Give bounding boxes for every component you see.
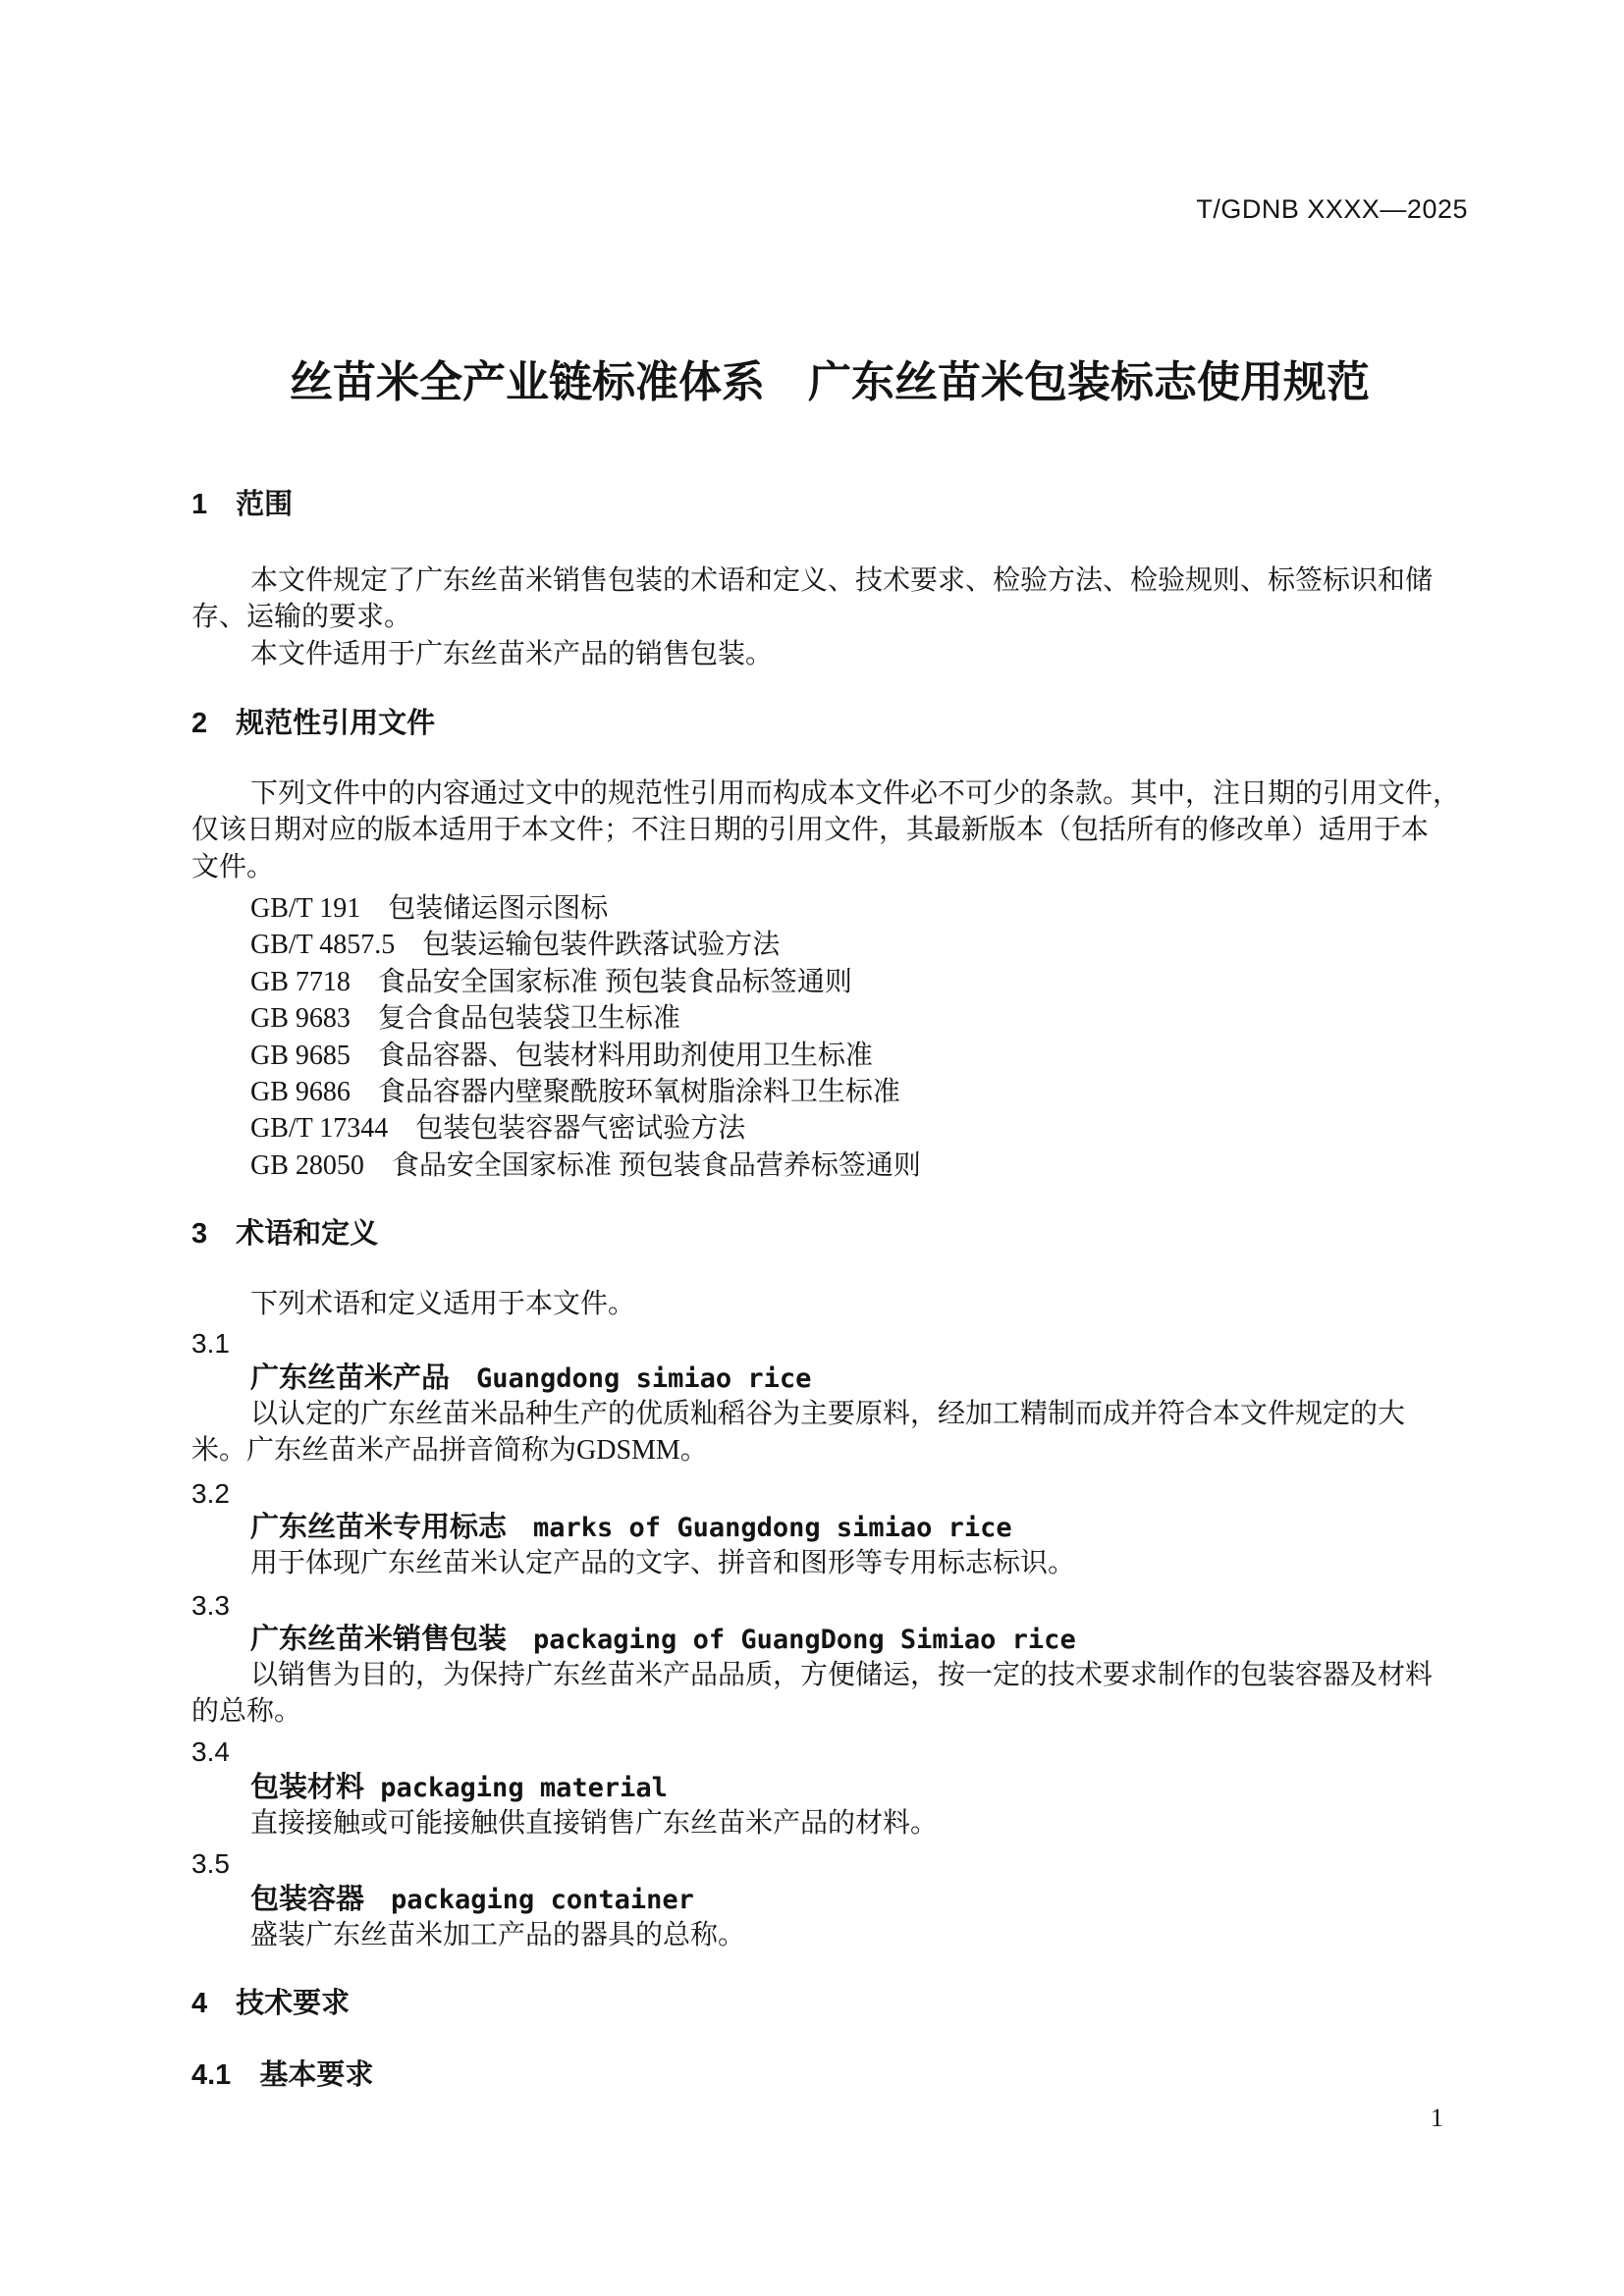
document-page: T/GDNB XXXX—2025 丝苗米全产业链标准体系 广东丝苗米包装标志使用… <box>0 0 1624 2296</box>
section-4-heading: 4 技术要求 <box>191 1984 350 2023</box>
page-content: T/GDNB XXXX—2025 丝苗米全产业链标准体系 广东丝苗米包装标志使用… <box>191 0 1468 2296</box>
definition-3-5: 盛装广东丝苗米加工产品的器具的总称。 <box>191 1917 1468 1953</box>
body-line: 本文件适用于广东丝苗米产品的销售包装。 <box>191 636 1468 672</box>
body-line: 下列术语和定义适用于本文件。 <box>191 1286 1468 1322</box>
section-2-paragraph: 下列文件中的内容通过文中的规范性引用而构成本文件必不可少的条款。其中，注日期的引… <box>191 775 1468 885</box>
term-3-4: 包装材料 packaging material <box>191 1769 668 1807</box>
term-3-3: 广东丝苗米销售包装 packaging of GuangDong Simiao … <box>191 1621 1076 1659</box>
term-3-2: 广东丝苗米专用标志 marks of Guangdong simiao rice <box>191 1509 1012 1547</box>
term-zh: 包装材料 <box>250 1772 364 1803</box>
reference-line: GB 28050 食品安全国家标准 预包装食品营养标签通则 <box>191 1148 1468 1184</box>
terms-intro: 下列术语和定义适用于本文件。 <box>191 1286 1468 1322</box>
term-en: packaging container <box>364 1885 694 1915</box>
body-line: 本文件规定了广东丝苗米销售包装的术语和定义、技术要求、检验方法、检验规则、标签标… <box>191 562 1468 599</box>
term-3-5: 包装容器 packaging container <box>191 1881 694 1919</box>
definition-3-3: 以销售为目的，为保持广东丝苗米产品品质，方便储运，按一定的技术要求制作的包装容器… <box>191 1657 1468 1731</box>
term-en: packaging material <box>364 1773 668 1803</box>
reference-line: GB/T 4857.5 包装运输包装件跌落试验方法 <box>191 927 1468 963</box>
body-line: 米。广东丝苗米产品拼音简称为GDSMM。 <box>191 1432 1468 1468</box>
reference-line: GB 9686 食品容器内壁聚酰胺环氧树脂涂料卫生标准 <box>191 1074 1468 1110</box>
body-line: 以销售为目的，为保持广东丝苗米产品品质，方便储运，按一定的技术要求制作的包装容器… <box>191 1657 1468 1693</box>
term-en: marks of Guangdong simiao rice <box>507 1513 1012 1543</box>
term-zh: 包装容器 <box>250 1884 364 1915</box>
body-line: 仅该日期对应的版本适用于本文件；不注日期的引用文件，其最新版本（包括所有的修改单… <box>191 812 1468 848</box>
section-2-heading: 2 规范性引用文件 <box>191 704 435 743</box>
body-line: 直接接触或可能接触供直接销售广东丝苗米产品的材料。 <box>191 1805 1468 1842</box>
body-line: 盛装广东丝苗米加工产品的器具的总称。 <box>191 1917 1468 1953</box>
clause-3-4-number: 3.4 <box>191 1735 230 1770</box>
reference-line: GB 7718 食品安全国家标准 预包装食品标签通则 <box>191 964 1468 1000</box>
term-en: Guangdong simiao rice <box>450 1363 811 1394</box>
body-line: 以认定的广东丝苗米品种生产的优质籼稻谷为主要原料，经加工精制而成并符合本文件规定… <box>191 1396 1468 1432</box>
body-line: 用于体现广东丝苗米认定产品的文字、拼音和图形等专用标志标识。 <box>191 1545 1468 1581</box>
section-1-paragraph: 本文件规定了广东丝苗米销售包装的术语和定义、技术要求、检验方法、检验规则、标签标… <box>191 562 1468 672</box>
body-line: 文件。 <box>191 849 1468 885</box>
page-number: 1 <box>1431 2103 1443 2134</box>
definition-3-2: 用于体现广东丝苗米认定产品的文字、拼音和图形等专用标志标识。 <box>191 1545 1468 1581</box>
reference-line: GB/T 17344 包装包装容器气密试验方法 <box>191 1110 1468 1147</box>
term-zh: 广东丝苗米专用标志 <box>250 1512 507 1543</box>
reference-line: GB 9683 复合食品包装袋卫生标准 <box>191 1000 1468 1037</box>
definition-3-1: 以认定的广东丝苗米品种生产的优质籼稻谷为主要原料，经加工精制而成并符合本文件规定… <box>191 1396 1468 1469</box>
body-line: 下列文件中的内容通过文中的规范性引用而构成本文件必不可少的条款。其中，注日期的引… <box>191 775 1468 812</box>
section-4-1-heading: 4.1 基本要求 <box>191 2056 373 2095</box>
term-3-1: 广东丝苗米产品 Guangdong simiao rice <box>191 1360 811 1398</box>
term-zh: 广东丝苗米销售包装 <box>250 1624 507 1655</box>
clause-3-5-number: 3.5 <box>191 1846 230 1882</box>
clause-3-2-number: 3.2 <box>191 1476 230 1512</box>
document-title: 丝苗米全产业链标准体系 广东丝苗米包装标志使用规范 <box>191 355 1468 410</box>
body-line: 存、运输的要求。 <box>191 599 1468 635</box>
doc-code: T/GDNB XXXX—2025 <box>191 193 1468 225</box>
reference-line: GB 9685 食品容器、包装材料用助剂使用卫生标准 <box>191 1038 1468 1074</box>
term-en: packaging of GuangDong Simiao rice <box>507 1625 1076 1655</box>
section-3-heading: 3 术语和定义 <box>191 1214 378 1254</box>
term-zh: 广东丝苗米产品 <box>250 1362 450 1394</box>
definition-3-4: 直接接触或可能接触供直接销售广东丝苗米产品的材料。 <box>191 1805 1468 1842</box>
reference-line: GB/T 191 包装储运图示图标 <box>191 890 1468 927</box>
clause-3-3-number: 3.3 <box>191 1588 230 1624</box>
body-line: 的总称。 <box>191 1693 1468 1730</box>
clause-3-1-number: 3.1 <box>191 1326 230 1362</box>
section-1-heading: 1 范围 <box>191 485 293 524</box>
normative-references-list: GB/T 191 包装储运图示图标 GB/T 4857.5 包装运输包装件跌落试… <box>191 890 1468 1184</box>
